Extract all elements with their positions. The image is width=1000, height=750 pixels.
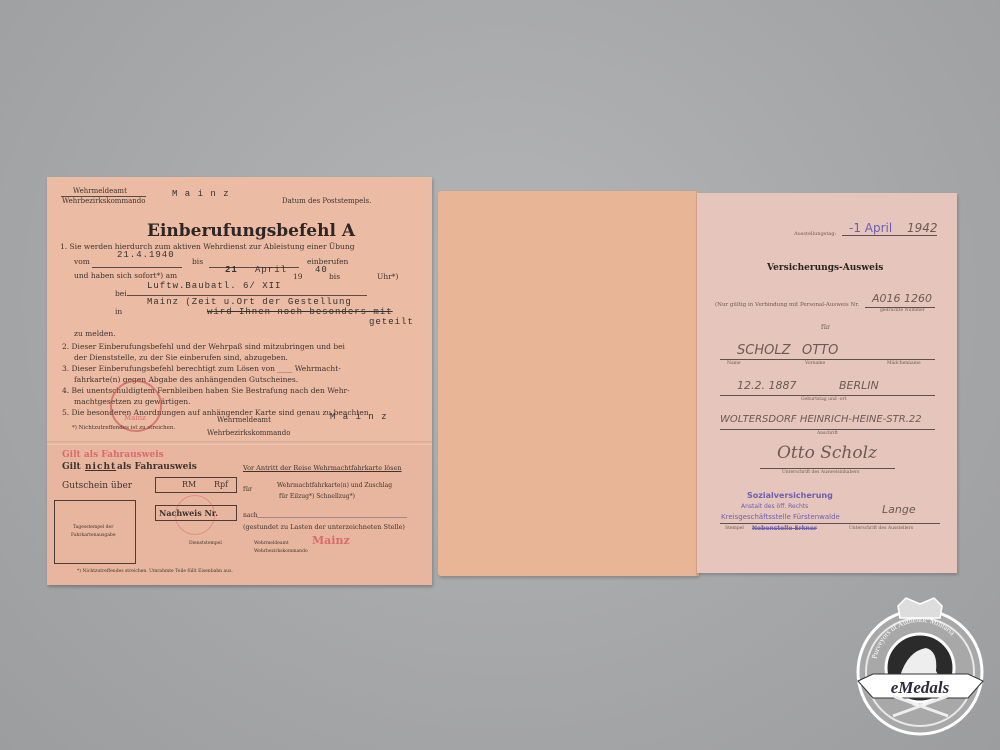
birthplace-value: BERLIN [839,379,879,392]
in-value-3: geteilt [369,317,414,327]
birthdate-value: 12.2. 1887 [737,379,796,392]
date-label: Datum des Poststempels. [282,197,371,205]
coupon-office-2: Wehrbezirkskommando [254,549,308,554]
in-label: in [115,307,122,316]
item-3: 3. Dieser Einberufungsbefehl berechtigt … [62,364,341,373]
red-stamp-coupon [175,495,215,535]
divider [760,468,895,469]
divider [257,517,407,518]
item-1: 1. Sie werden hierdurch zum aktiven Wehr… [60,242,355,251]
divider [720,395,935,396]
coupon-right-header: Vor Antritt der Reise Wehrmachtfahrkarte… [243,464,402,472]
stamp-text: Mainz [124,414,146,422]
coupon-nicht: nicht [85,462,116,472]
firstname-value: OTTO [802,343,838,358]
item-2: 2. Dieser Einberufungsbefehl und der Weh… [62,342,345,351]
sign-office-2: Wehrbezirkskommando [207,429,290,437]
divider [720,523,940,524]
tagesstempel-1: Tagesstempel der [73,525,113,530]
address-value: WOLTERSDORF HEINRICH-HEINE-STR.22 [720,414,922,425]
ausstellungstag-year: 1942 [907,221,938,235]
ausweis-number: A016 1260 [872,292,932,305]
name-label: Name [727,361,741,366]
rm-box: RM Rpf [155,477,237,493]
divider [61,196,146,197]
maedchenname-label: Mädchenname [887,361,921,366]
unterschrift-aussteller-label: Unterschrift des Ausstellers [849,526,913,531]
bei-label: bei [115,289,127,298]
gutschein-label: Gutschein über [62,481,132,491]
logo-established: Est. 1997 [912,702,927,707]
fuer-label: für [243,486,252,493]
divider [92,267,182,268]
footnote-bottom: *) Nichtzutreffendes streichen. Umrahmte… [77,569,233,574]
tagesstempel-2: Fahrkartenausgabe [71,533,115,538]
stamp-line-2: Anstalt des öff. Rechts [741,503,808,510]
anschrift-label: Anschrift [817,431,838,436]
footnote-top: *) Nichtzutreffendes ist zu streichen. [72,425,175,431]
nur-gueltig-text: (Nur gültig in Verbindung mit Personal-A… [715,302,859,308]
bis-uhr: bis [329,272,340,281]
emedals-crest-icon: eMedals Est. 1997 Purveyors of Authentic… [848,596,993,741]
divider [127,295,367,296]
coupon-office-1: Wehrmeldeamt [254,541,289,546]
header-city: M a i n z [172,189,230,199]
booklet-inner-cover [438,191,698,576]
bei-value: Luftw.Baubatl. 6/ XII [147,281,281,291]
stamp-line-3: Kreisgeschäftsstelle Fürstenwalde [721,513,840,521]
coupon-als: als Fahrausweis [117,462,197,472]
am-19: 19 [293,272,303,281]
geburt-label: Geburtstag und -ort [801,397,846,402]
divider [720,429,935,430]
fuer-text-1: Wehrmachtfahrkarte(n) und Zuschlag [277,482,392,489]
surname-value: SCHOLZ [737,343,791,358]
stempel-label: Stempel [725,526,744,531]
einberufungsbefehl-document: Wehrmeldeamt Wehrbezirkskommando M a i n… [47,177,432,585]
issuer-signature: Lange [882,503,916,516]
vom-value: 21.4.1940 [117,250,175,260]
document-title: Einberufungsbefehl A [147,221,355,241]
am-month: April [255,265,287,275]
item-2b: der Dienststelle, zu der Sie einberufen … [74,353,288,362]
sign-office-1: Wehrmeldeamt [217,416,271,424]
zu-melden: zu melden. [74,329,116,338]
gestundet-text: (gestundet zu Lasten der unterzeichneten… [243,523,405,531]
sign-city: M a i n z [330,412,388,422]
fuer-label: für [821,324,830,331]
fuer-text-2: für Eilzug*) Schnellzug*) [279,493,355,500]
ausstellungstag-label: Ausstellungstag: [794,231,836,237]
tagesstempel-box: Tagesstempel der Fahrkartenausgabe [54,500,136,564]
versicherungs-ausweis-page: Ausstellungstag: -1 April 1942 Versicher… [697,193,957,573]
unterschrift-inhaber-label: Unterschrift des Ausweisinhabers [782,470,859,475]
am-day: 21 [225,265,238,275]
am-year: 40 [315,265,328,275]
nach-label: nach [243,512,258,519]
item-3b: fahrkarte(n) gegen Abgabe des anhängende… [74,375,298,384]
uhr-label: Uhr*) [377,272,398,281]
ausstellungstag-stamp: -1 April [849,221,892,235]
emedals-logo: eMedals Est. 1997 Purveyors of Authentic… [848,596,993,741]
coupon-gilt: Gilt [62,462,81,472]
office-line2: Wehrbezirkskommando [62,197,145,205]
stamp-line-1: Sozialversicherung [747,491,833,500]
vorname-label: Vorname [805,361,825,366]
divider [842,235,937,236]
coupon-red-text: Gilt als Fahrausweis [62,450,164,460]
rm-label: RM [182,480,196,489]
holder-signature: Otto Scholz [777,443,877,463]
in-value-1: Mainz (Zeit u.Ort der Gestellung [147,297,352,307]
office-line1: Wehrmeldeamt [73,187,127,195]
dienststempel-label: Dienststempel [189,541,222,546]
coupon-city-red: Mainz [312,534,350,547]
ausweis-title: Versicherungs-Ausweis [767,263,883,273]
in-value-2: wird Ihnen noch besonders mit [207,307,393,317]
vom-label: vom [74,257,90,266]
divider [720,359,935,360]
bis-label: bis [192,257,203,266]
item-4: 4. Bei unentschuldigtem Fernbleiben habe… [62,386,350,395]
und-haben-label: und haben sich sofort*) am [74,271,177,280]
gedruckte-nummer: gedruckte Nummer [880,308,925,313]
stamp-line-4: Nebenstelle Erkner [752,525,817,532]
rpf-label: Rpf [214,480,228,489]
logo-brand: eMedals [891,678,950,697]
